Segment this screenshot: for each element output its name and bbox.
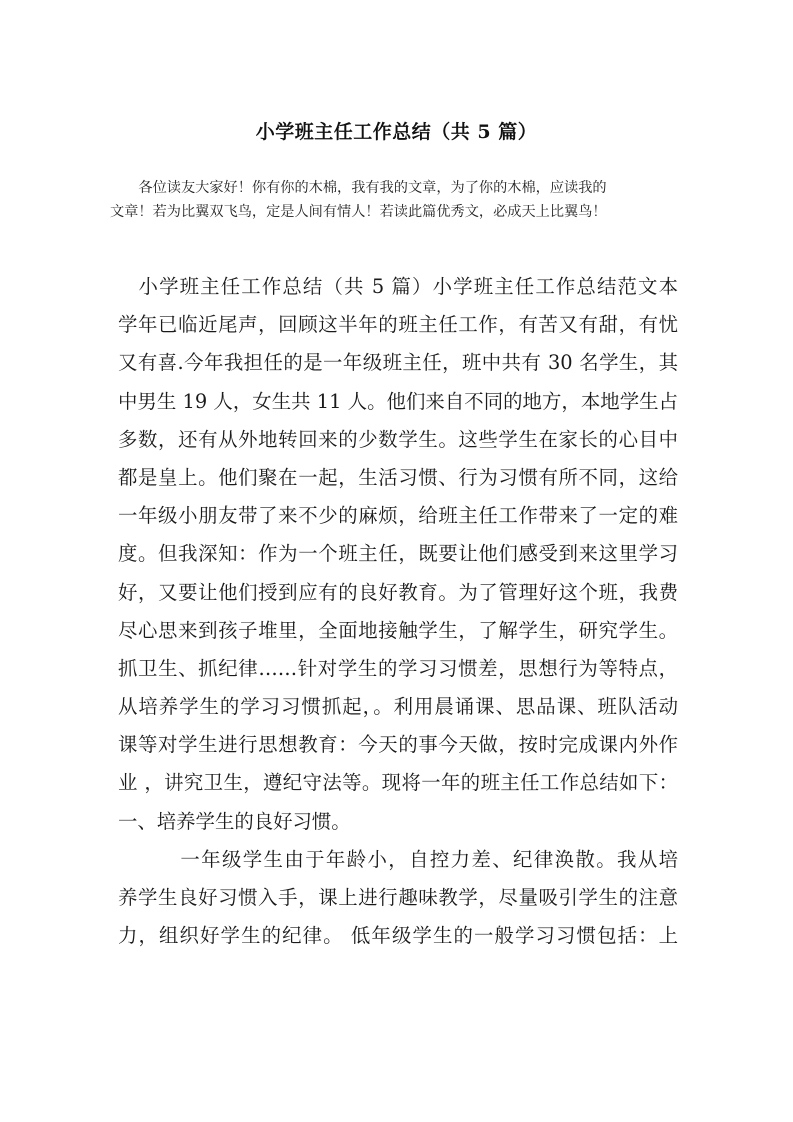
intro-line: 各位读友大家好！你有你的木棉，我有我的文章，为了你的木棉，应读我的 <box>110 176 690 200</box>
body-line: 抓卫生、抓纪律……针对学生的学习习惯差，思想行为等特点， <box>118 650 678 688</box>
body-text: 小学班主任工作总结（共 5 篇）小学班主任工作总结范文本 学年已临近尾声，回顾这… <box>118 268 678 955</box>
body-line: 度。但我深知：作为一个班主任，既要让他们感受到来这里学习 <box>118 535 678 573</box>
body-line: 好，又要让他们授到应有的良好教育。为了管理好这个班，我费 <box>118 574 678 612</box>
body-line: 一年级学生由于年龄小，自控力差、纪律涣散。我从培 <box>118 841 678 879</box>
body-line: 都是皇上。他们聚在一起，生活习惯、行为习惯有所不同，这给 <box>118 459 678 497</box>
body-line: 又有喜.今年我担任的是一年级班主任，班中共有 30 名学生，其 <box>118 344 678 382</box>
document-title: 小学班主任工作总结（共 5 篇） <box>0 117 793 144</box>
body-line: 养学生良好习惯入手，课上进行趣味教学，尽量吸引学生的注意 <box>118 879 678 917</box>
body-line: 从培养学生的学习习惯抓起，。利用晨诵课、思品课、班队活动 <box>118 688 678 726</box>
section-heading: 一、培养学生的良好习惯。 <box>118 803 678 841</box>
body-line: 学年已临近尾声，回顾这半年的班主任工作，有苦又有甜，有忧 <box>118 306 678 344</box>
body-line: 力，组织好学生的纪律。 低年级学生的一般学习习惯包括：上 <box>118 917 678 955</box>
intro-line: 文章！若为比翼双飞鸟，定是人间有情人！若读此篇优秀文，必成天上比翼鸟！ <box>110 200 690 224</box>
body-line: 尽心思来到孩子堆里，全面地接触学生，了解学生，研究学生。 <box>118 612 678 650</box>
body-line: 课等对学生进行思想教育：今天的事今天做，按时完成课内外作 <box>118 726 678 764</box>
body-line: 小学班主任工作总结（共 5 篇）小学班主任工作总结范文本 <box>118 268 678 306</box>
body-line: 多数，还有从外地转回来的少数学生。这些学生在家长的心目中 <box>118 421 678 459</box>
body-line: 一年级小朋友带了来不少的麻烦，给班主任工作带来了一定的难 <box>118 497 678 535</box>
document-page: 小学班主任工作总结（共 5 篇） 各位读友大家好！你有你的木棉，我有我的文章，为… <box>0 0 793 1122</box>
body-line: 业 ，讲究卫生，遵纪守法等。现将一年的班主任工作总结如下： <box>118 764 678 802</box>
intro-paragraph: 各位读友大家好！你有你的木棉，我有我的文章，为了你的木棉，应读我的 文章！若为比… <box>110 176 690 224</box>
body-line: 中男生 19 人，女生共 11 人。他们来自不同的地方，本地学生占 <box>118 383 678 421</box>
